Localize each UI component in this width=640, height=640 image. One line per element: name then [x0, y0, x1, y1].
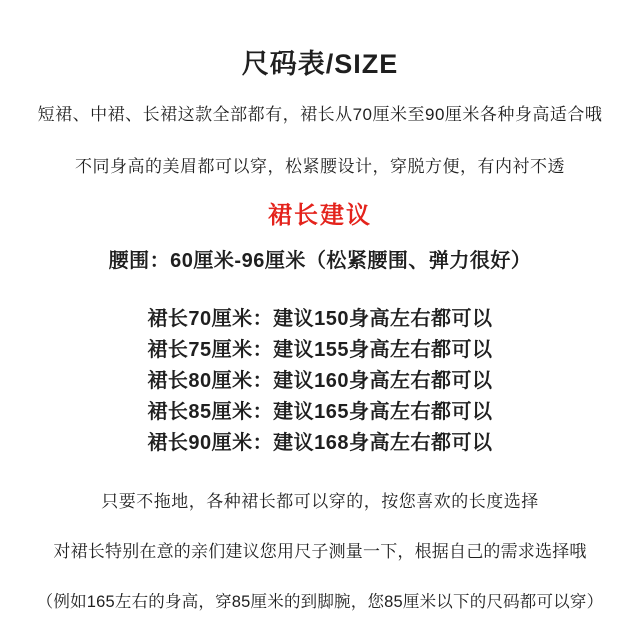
waist-measurement-line: 腰围：60厘米-96厘米（松紧腰围、弹力很好） [0, 244, 640, 273]
skirt-length-suggestion-heading: 裙长建议 [0, 195, 640, 230]
page-title: 尺码表/SIZE [0, 42, 640, 81]
intro-line-availability: 短裙、中裙、长裙这款全部都有，裙长从70厘米至90厘米各种身高适合哦 [0, 100, 640, 125]
intro-line-features: 不同身高的美眉都可以穿，松紧腰设计，穿脱方便，有内衬不透 [0, 152, 640, 177]
size-row-85cm: 裙长85厘米：建议165身高左右都可以 [0, 397, 640, 428]
note-any-length-ok: 只要不拖地，各种裙长都可以穿的，按您喜欢的长度选择 [0, 487, 640, 512]
note-measure-with-ruler: 对裙长特别在意的亲们建议您用尺子测量一下，根据自己的需求选择哦 [0, 537, 640, 562]
size-recommendation-list: 裙长70厘米：建议150身高左右都可以 裙长75厘米：建议155身高左右都可以 … [0, 304, 640, 459]
size-row-90cm: 裙长90厘米：建议168身高左右都可以 [0, 428, 640, 459]
size-row-80cm: 裙长80厘米：建议160身高左右都可以 [0, 366, 640, 397]
size-row-75cm: 裙长75厘米：建议155身高左右都可以 [0, 335, 640, 366]
note-example-height: （例如165左右的身高，穿85厘米的到脚腕，您85厘米以下的尺码都可以穿） [0, 588, 640, 612]
size-row-70cm: 裙长70厘米：建议150身高左右都可以 [0, 304, 640, 335]
size-chart-page: 尺码表/SIZE 短裙、中裙、长裙这款全部都有，裙长从70厘米至90厘米各种身高… [0, 0, 640, 640]
